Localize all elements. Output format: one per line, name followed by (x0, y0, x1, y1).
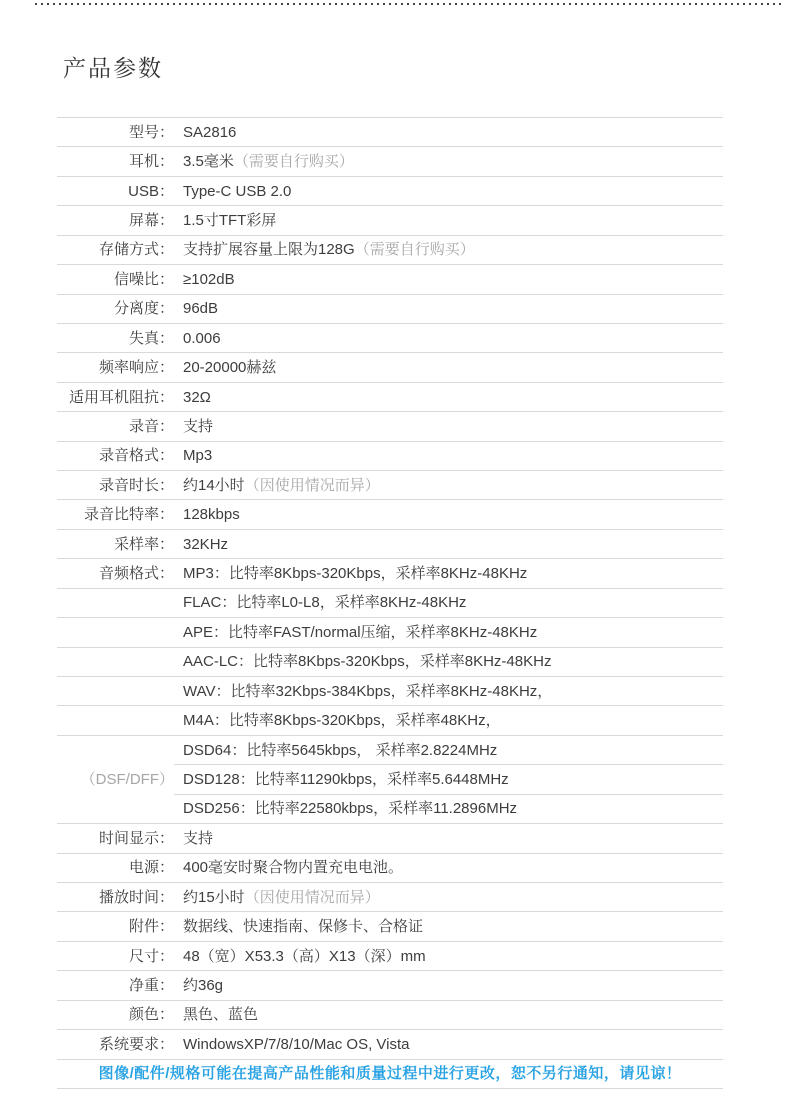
spec-value-text: 支持 (183, 418, 213, 435)
spec-value-text: 约15小时 (183, 889, 245, 906)
spec-row: AAC-LC：比特率8Kbps-320Kbps，采样率8KHz-48KHz (57, 648, 723, 677)
spec-value-text: 400毫安时聚合物内置充电电池。 (183, 859, 403, 876)
spec-value-text: M4A：比特率8Kbps-320Kbps，采样率48KHz， (183, 712, 501, 729)
spec-row: DSD256：比特率22580kbps，采样率11.2896MHz (57, 795, 723, 824)
spec-row: APE：比特率FAST/normal压缩，采样率8KHz-48KHz (57, 618, 723, 647)
footer-note-text: 图像/配件/规格可能在提高产品性能和质量过程中进行更改，恕不另行通知，请见谅！ (99, 1066, 682, 1081)
spec-value-note: （需要自行购买） (355, 241, 475, 258)
spec-value: 3.5毫米（需要自行购买） (174, 154, 723, 169)
spec-row: 录音比特率：128kbps (57, 500, 723, 529)
spec-value-note: （因使用情况而异） (245, 889, 380, 906)
spec-value: 约14小时（因使用情况而异） (174, 478, 723, 493)
spec-label: 录音： (57, 419, 174, 434)
spec-row: 净重：约36g (57, 971, 723, 1000)
spec-value: 数据线、快速指南、保修卡、合格证 (174, 919, 723, 934)
spec-row: （DSF/DFF）DSD128：比特率11290kbps，采样率5.6448MH… (57, 765, 723, 794)
spec-value: AAC-LC：比特率8Kbps-320Kbps，采样率8KHz-48KHz (174, 654, 723, 669)
spec-row: 屏幕：1.5寸TFT彩屏 (57, 206, 723, 235)
spec-label: 适用耳机阻抗： (57, 390, 174, 405)
spec-value: FLAC：比特率L0-L8，采样率8KHz-48KHz (174, 595, 723, 610)
spec-label: 颜色： (57, 1007, 174, 1022)
spec-value-text: 32KHz (183, 536, 228, 553)
spec-label: 净重： (57, 978, 174, 993)
spec-row: 分离度：96dB (57, 295, 723, 324)
spec-value: 约36g (174, 978, 723, 993)
spec-value: DSD128：比特率11290kbps，采样率5.6448MHz (174, 772, 723, 787)
spec-row: M4A：比特率8Kbps-320Kbps，采样率48KHz， (57, 706, 723, 735)
product-spec-page: 产品参数 型号：SA2816耳机：3.5毫米（需要自行购买）USB：Type-C… (0, 0, 790, 1093)
spec-label: （DSF/DFF） (57, 772, 174, 787)
spec-value-text: FLAC：比特率L0-L8，采样率8KHz-48KHz (183, 594, 466, 611)
spec-row: 音频格式：MP3：比特率8Kbps-320Kbps，采样率8KHz-48KHz (57, 559, 723, 588)
spec-value-text: AAC-LC：比特率8Kbps-320Kbps，采样率8KHz-48KHz (183, 653, 551, 670)
spec-value-text: 约14小时 (183, 477, 245, 494)
spec-value: 1.5寸TFT彩屏 (174, 213, 723, 228)
spec-value: 400毫安时聚合物内置充电电池。 (174, 860, 723, 875)
spec-label: 频率响应： (57, 360, 174, 375)
spec-row: 录音时长：约14小时（因使用情况而异） (57, 471, 723, 500)
spec-value: 32Ω (174, 390, 723, 405)
spec-value: DSD256：比特率22580kbps，采样率11.2896MHz (174, 801, 723, 816)
spec-label: 录音比特率： (57, 507, 174, 522)
spec-row: 失真：0.006 (57, 324, 723, 353)
spec-value: M4A：比特率8Kbps-320Kbps，采样率48KHz， (174, 713, 723, 728)
spec-value: Type-C USB 2.0 (174, 184, 723, 199)
spec-value-text: MP3：比特率8Kbps-320Kbps，采样率8KHz-48KHz (183, 565, 527, 582)
spec-value: 支持扩展容量上限为128G（需要自行购买） (174, 242, 723, 257)
spec-label: 存储方式： (57, 242, 174, 257)
spec-row: 系统要求：WindowsXP/7/8/10/Mac OS, Vista (57, 1030, 723, 1059)
spec-value: 32KHz (174, 537, 723, 552)
spec-value: 128kbps (174, 507, 723, 522)
spec-label: 系统要求： (57, 1037, 174, 1052)
spec-row: 颜色：黑色、蓝色 (57, 1001, 723, 1030)
spec-label: USB： (57, 184, 174, 199)
spec-value-text: 48（宽）X53.3（高）X13（深）mm (183, 948, 426, 965)
spec-label: 录音格式： (57, 448, 174, 463)
spec-value: SA2816 (174, 125, 723, 140)
spec-value-text: 支持 (183, 830, 213, 847)
spec-value: WAV：比特率32Kbps-384Kbps，采样率8KHz-48KHz， (174, 684, 723, 699)
spec-row: 适用耳机阻抗：32Ω (57, 383, 723, 412)
spec-row: 附件：数据线、快速指南、保修卡、合格证 (57, 912, 723, 941)
spec-label: 信噪比： (57, 272, 174, 287)
spec-value: 支持 (174, 831, 723, 846)
spec-value-text: 约36g (183, 977, 223, 994)
spec-value: 96dB (174, 301, 723, 316)
spec-row: 电源：400毫安时聚合物内置充电电池。 (57, 854, 723, 883)
spec-value-text: 0.006 (183, 330, 221, 347)
spec-value-text: DSD128：比特率11290kbps，采样率5.6448MHz (183, 771, 509, 788)
spec-row: 时间显示：支持 (57, 824, 723, 853)
spec-label: 失真： (57, 331, 174, 346)
spec-value: Mp3 (174, 448, 723, 463)
spec-label: 录音时长： (57, 478, 174, 493)
spec-label: 电源： (57, 860, 174, 875)
spec-value: ≥102dB (174, 272, 723, 287)
spec-row: 信噪比：≥102dB (57, 265, 723, 294)
spec-row: 耳机：3.5毫米（需要自行购买） (57, 147, 723, 176)
spec-label: 音频格式： (57, 566, 174, 581)
spec-label: 附件： (57, 919, 174, 934)
spec-row: 播放时间：约15小时（因使用情况而异） (57, 883, 723, 912)
spec-value-text: 32Ω (183, 389, 211, 406)
page-title: 产品参数 (63, 50, 163, 83)
spec-row: 录音：支持 (57, 412, 723, 441)
spec-value: APE：比特率FAST/normal压缩，采样率8KHz-48KHz (174, 625, 723, 640)
spec-label: 播放时间： (57, 890, 174, 905)
spec-value: 约15小时（因使用情况而异） (174, 890, 723, 905)
spec-value: 48（宽）X53.3（高）X13（深）mm (174, 949, 723, 964)
dotted-divider (35, 3, 785, 5)
spec-row: WAV：比特率32Kbps-384Kbps，采样率8KHz-48KHz， (57, 677, 723, 706)
spec-label: 型号： (57, 125, 174, 140)
spec-value-text: APE：比特率FAST/normal压缩，采样率8KHz-48KHz (183, 624, 537, 641)
spec-value-text: ≥102dB (183, 271, 235, 288)
spec-label: 耳机： (57, 154, 174, 169)
spec-value: 0.006 (174, 331, 723, 346)
spec-value: 黑色、蓝色 (174, 1007, 723, 1022)
spec-label: 时间显示： (57, 831, 174, 846)
spec-value-note: （需要自行购买） (234, 153, 354, 170)
spec-row: DSD64：比特率5645kbps， 采样率2.8224MHz (57, 736, 723, 765)
spec-row: 尺寸：48（宽）X53.3（高）X13（深）mm (57, 942, 723, 971)
spec-value: 支持 (174, 419, 723, 434)
spec-value-text: DSD64：比特率5645kbps， 采样率2.8224MHz (183, 742, 497, 759)
spec-value: 20-20000赫兹 (174, 360, 723, 375)
spec-row: 录音格式：Mp3 (57, 442, 723, 471)
spec-row: USB：Type-C USB 2.0 (57, 177, 723, 206)
spec-value-text: 20-20000赫兹 (183, 359, 276, 376)
spec-value-text: SA2816 (183, 124, 236, 141)
spec-value-text: Type-C USB 2.0 (183, 183, 291, 200)
spec-label: 分离度： (57, 301, 174, 316)
spec-value: DSD64：比特率5645kbps， 采样率2.8224MHz (174, 743, 723, 758)
spec-row: FLAC：比特率L0-L8，采样率8KHz-48KHz (57, 589, 723, 618)
spec-value-text: WAV：比特率32Kbps-384Kbps，采样率8KHz-48KHz， (183, 683, 552, 700)
spec-value-note: （因使用情况而异） (245, 477, 380, 494)
spec-value-text: 数据线、快速指南、保修卡、合格证 (183, 918, 423, 935)
footer-note-row: 图像/配件/规格可能在提高产品性能和质量过程中进行更改，恕不另行通知，请见谅！ (57, 1060, 723, 1089)
spec-table: 型号：SA2816耳机：3.5毫米（需要自行购买）USB：Type-C USB … (57, 117, 723, 1089)
spec-value-text: 128kbps (183, 506, 240, 523)
spec-value-text: DSD256：比特率22580kbps，采样率11.2896MHz (183, 800, 517, 817)
spec-value-text: 96dB (183, 300, 218, 317)
spec-value: MP3：比特率8Kbps-320Kbps，采样率8KHz-48KHz (174, 566, 723, 581)
spec-value-text: WindowsXP/7/8/10/Mac OS, Vista (183, 1036, 410, 1053)
spec-label: 屏幕： (57, 213, 174, 228)
spec-value-text: 支持扩展容量上限为128G (183, 241, 355, 258)
spec-value: WindowsXP/7/8/10/Mac OS, Vista (174, 1037, 723, 1052)
spec-label: 尺寸： (57, 949, 174, 964)
spec-value-text: 黑色、蓝色 (183, 1006, 258, 1023)
spec-value-text: 1.5寸TFT彩屏 (183, 212, 276, 229)
spec-label: 采样率： (57, 537, 174, 552)
spec-row: 型号：SA2816 (57, 118, 723, 147)
spec-row: 频率响应：20-20000赫兹 (57, 353, 723, 382)
spec-value-text: 3.5毫米 (183, 153, 234, 170)
spec-value-text: Mp3 (183, 447, 212, 464)
spec-row: 采样率：32KHz (57, 530, 723, 559)
spec-row: 存储方式：支持扩展容量上限为128G（需要自行购买） (57, 236, 723, 265)
